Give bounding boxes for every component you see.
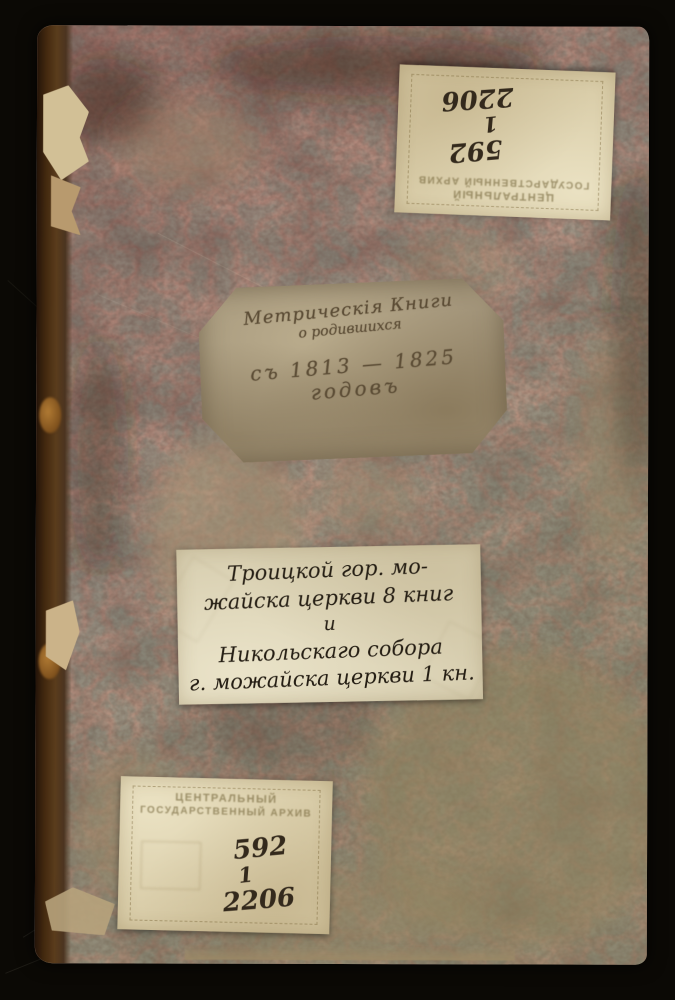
- fond-number: 592: [430, 134, 522, 168]
- archive-stamp-bottom: ЦЕНТРАЛЬНЫЙ ГОСУДАРСТВЕННЫЙ АРХИВ: [120, 790, 333, 820]
- book-cover: ЦЕНТРАЛЬНЫЙ ГОСУДАРСТВЕННЫЙ АРХИВ 592 1 …: [35, 25, 649, 965]
- archive-label-bottom: ЦЕНТРАЛЬНЫЙ ГОСУДАРСТВЕННЫЙ АРХИВ 592 1 …: [117, 776, 333, 934]
- title-dates-line: съ 1813 — 1825 годовъ: [201, 340, 509, 414]
- spine-band: [39, 397, 61, 433]
- title-label: Метрическія Книги о родившихся съ 1813 —…: [197, 277, 509, 464]
- contents-label: Троицкой гор. мо- жайска церкви 8 книг и…: [176, 544, 483, 705]
- contents-text: Троицкой гор. мо- жайска церкви 8 книг и…: [183, 551, 476, 697]
- worn-bottom-edge: [185, 944, 515, 961]
- archive-label-top: ЦЕНТРАЛЬНЫЙ ГОСУДАРСТВЕННЫЙ АРХИВ 592 1 …: [394, 64, 615, 220]
- title-text: Метрическія Книги о родившихся съ 1813 —…: [195, 285, 508, 415]
- delo-number: 2206: [213, 884, 305, 917]
- fond-number: 592: [214, 831, 306, 866]
- photo-backdrop: ЦЕНТРАЛЬНЫЙ ГОСУДАРСТВЕННЫЙ АРХИВ 592 1 …: [0, 0, 675, 1000]
- archive-numbers-bottom: 592 1 2206: [214, 834, 306, 914]
- ghost-stamp-box: [140, 841, 201, 890]
- delo-number: 2206: [432, 82, 524, 114]
- archive-numbers-top: 592 1 2206: [430, 84, 523, 165]
